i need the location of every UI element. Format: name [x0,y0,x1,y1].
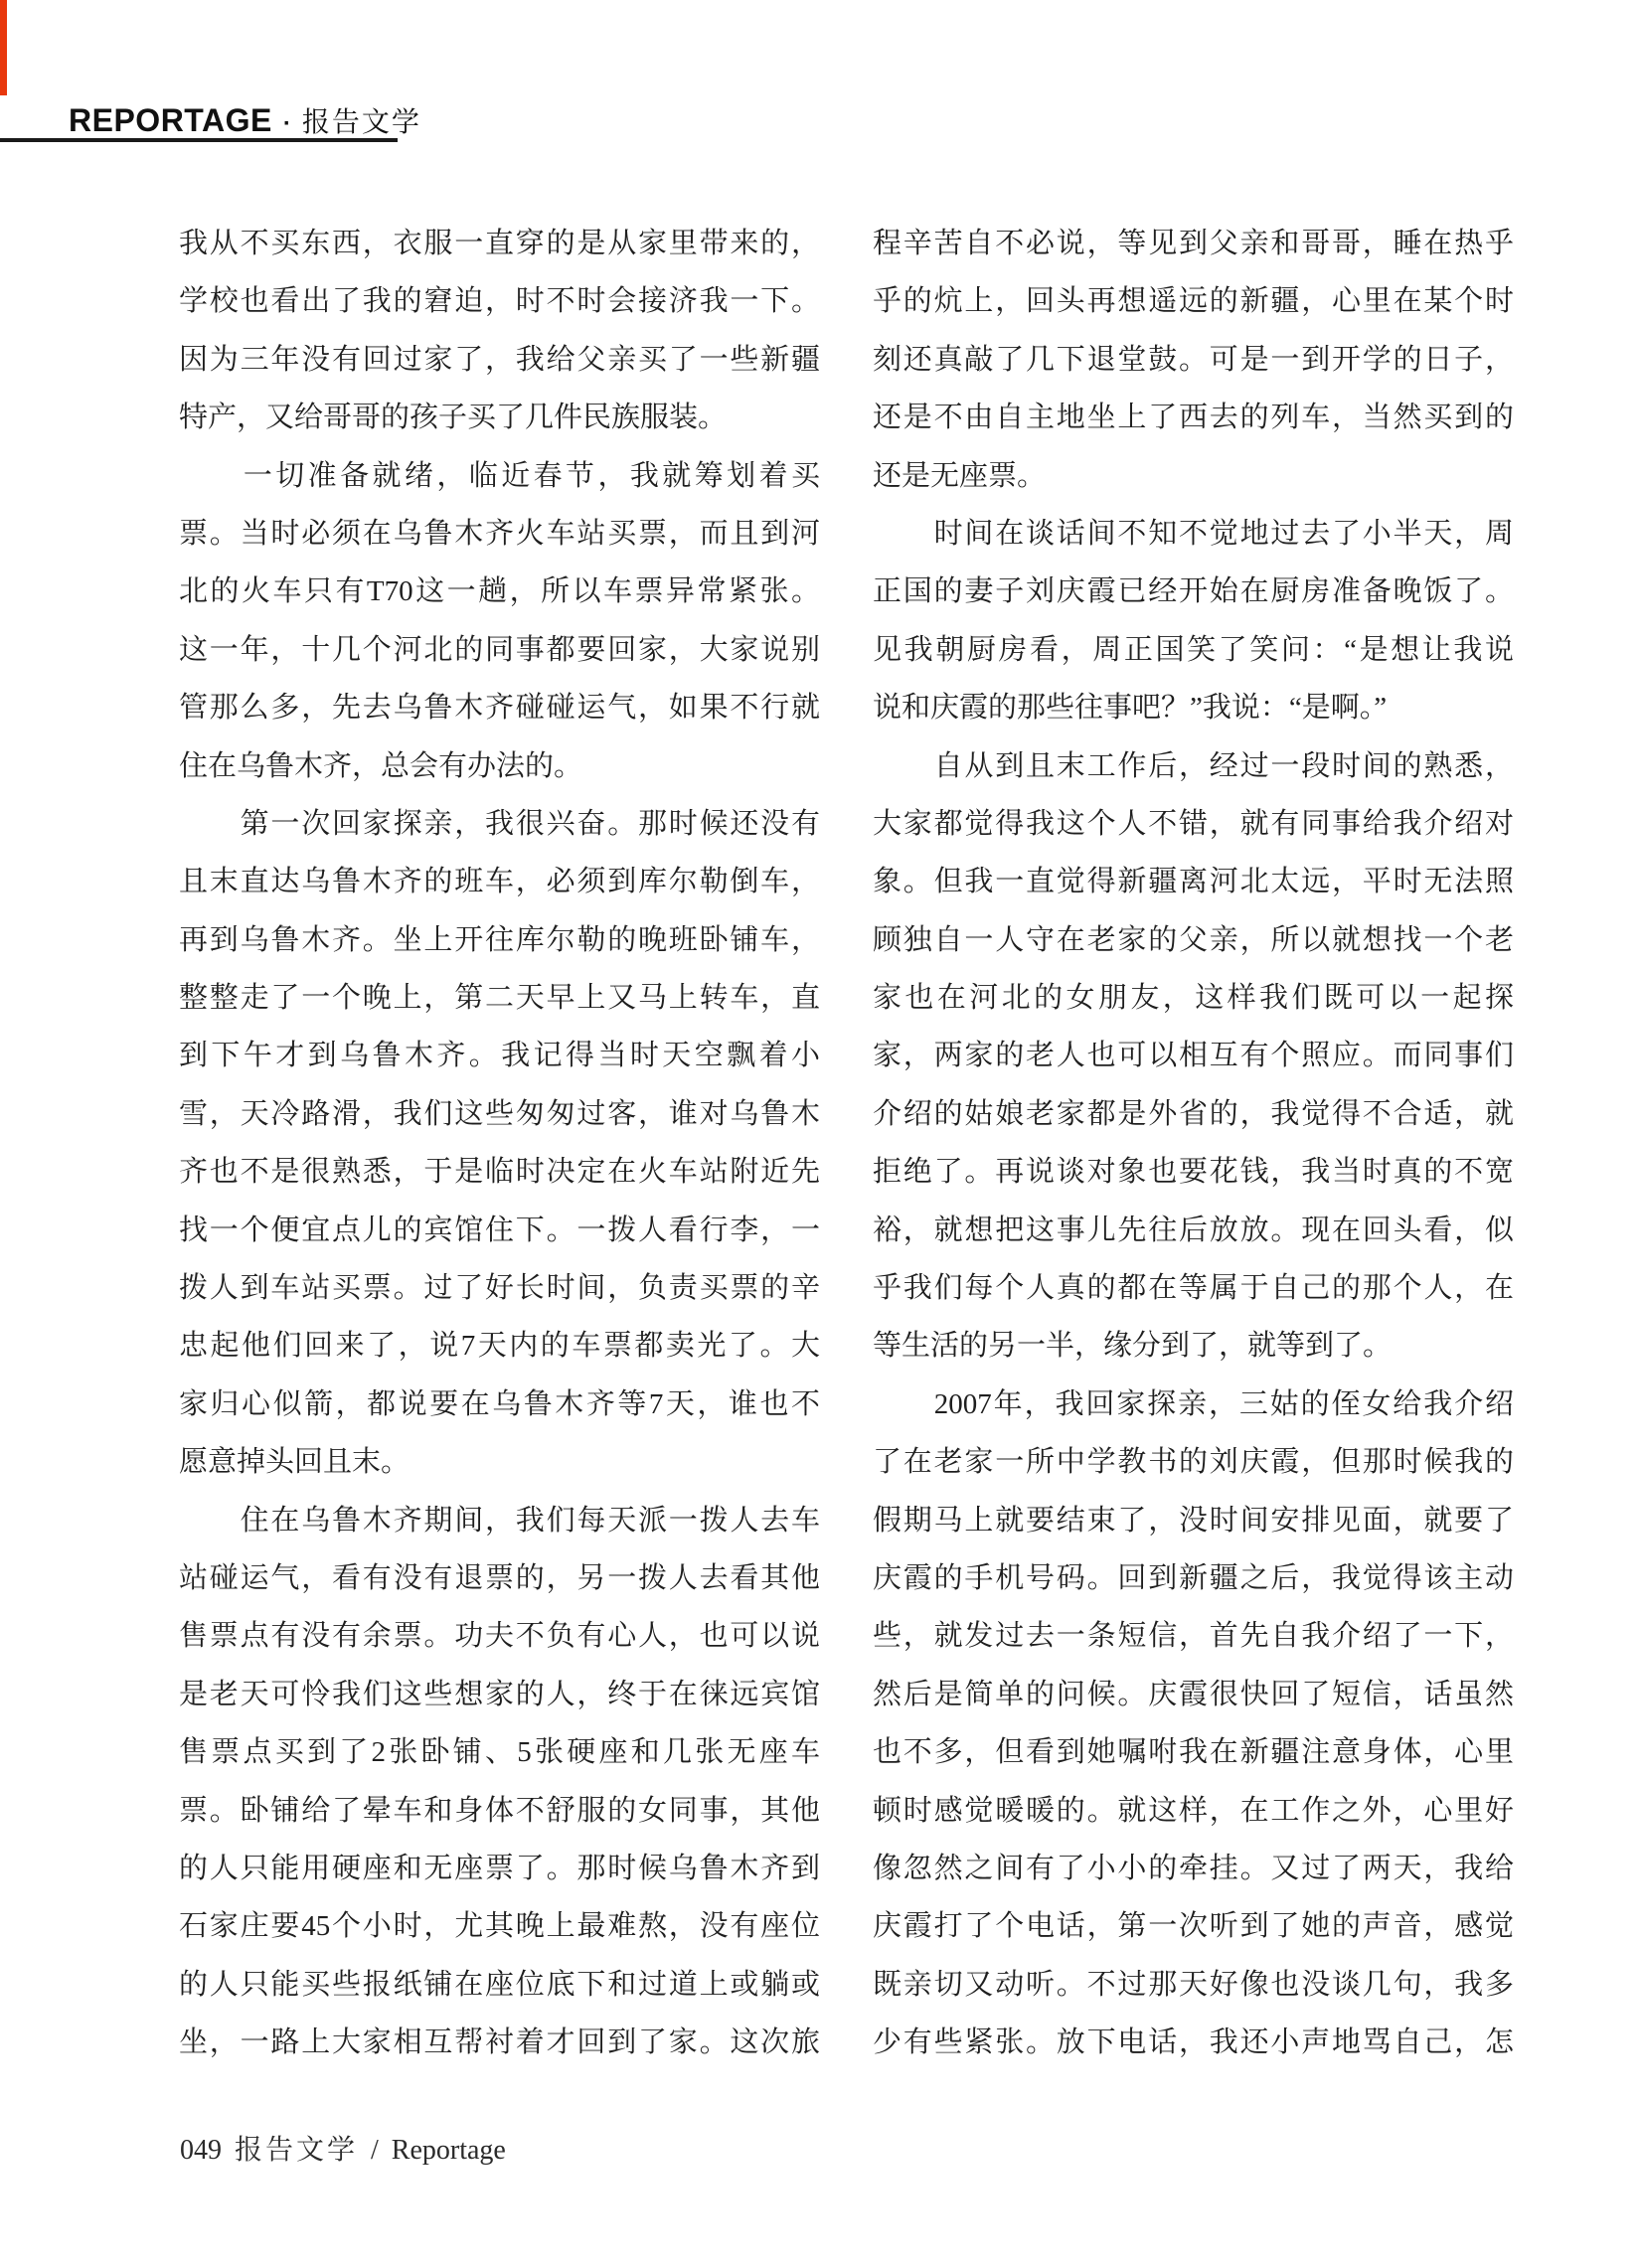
text-line: 拨人到车站买票。过了好长时间，负责买票的辛 [179,1259,820,1317]
text-line: 齐也不是很熟悉，于是临时决定在火车站附近先 [179,1143,820,1201]
page-footer: 049 报告文学 / Reportage [180,2128,506,2168]
text-line: 家也在河北的女朋友，这样我们既可以一起探 [873,969,1514,1027]
section-header: REPORTAGE · 报告文学 [69,100,421,140]
text-line: 售票点有没有余票。功夫不负有心人，也可以说 [179,1607,820,1665]
text-line: 像忽然之间有了小小的牵挂。又过了两天，我给 [873,1840,1514,1897]
text-line: 等生活的另一半，缘分到了，就等到了。 [873,1317,1514,1375]
text-line: 也不多，但看到她嘱咐我在新疆注意身体，心里 [873,1723,1514,1781]
text-line: 管那么多，先去乌鲁木齐碰碰运气，如果不行就 [179,679,820,736]
text-line: 住在乌鲁木齐，总会有办法的。 [179,737,820,795]
text-line: 是老天可怜我们这些想家的人，终于在徕远宾馆 [179,1666,820,1723]
text-line: 正国的妻子刘庆霞已经开始在厨房准备晚饭了。 [873,563,1514,620]
text-line: 少有些紧张。放下电话，我还小声地骂自己，怎 [873,2014,1514,2071]
text-line: 介绍的姑娘老家都是外省的，我觉得不合适，就 [873,1085,1514,1143]
text-line: 些，就发过去一条短信，首先自我介绍了一下， [873,1607,1514,1665]
text-line: 大家都觉得我这个人不错，就有同事给我介绍对 [873,795,1514,853]
text-line: 愿意掉头回且末。 [179,1433,820,1491]
text-line: 找一个便宜点儿的宾馆住下。一拨人看行李，一 [179,1202,820,1259]
header-rule [0,138,398,142]
text-line: 时间在谈话间不知不觉地过去了小半天，周 [873,505,1514,563]
text-line: 还是不由自主地坐上了西去的列车，当然买到的 [873,389,1514,446]
text-line: 特产，又给哥哥的孩子买了几件民族服装。 [179,389,820,446]
text-line: 我从不买东西，衣服一直穿的是从家里带来的， [179,215,820,272]
text-line: 站碰运气，看有没有退票的，另一拨人去看其他 [179,1549,820,1607]
text-line: 象。但我一直觉得新疆离河北太远，平时无法照 [873,853,1514,910]
text-line: 乎我们每个人真的都在等属于自己的那个人，在 [873,1259,1514,1317]
text-line: 家，两家的老人也可以相互有个照应。而同事们 [873,1027,1514,1084]
text-line: 裕，就想把这事儿先往后放放。现在回头看，似 [873,1202,1514,1259]
text-line: 刻还真敲了几下退堂鼓。可是一到开学的日子， [873,331,1514,389]
text-line: 住在乌鲁木齐期间，我们每天派一拨人去车 [179,1492,820,1549]
text-line: 拒绝了。再说谈对象也要花钱，我当时真的不宽 [873,1143,1514,1201]
text-line: 乎的炕上，回头再想遥远的新疆，心里在某个时 [873,272,1514,330]
title-separator-dot: · [283,110,291,138]
text-line: 顿时感觉暖暖的。就这样，在工作之外，心里好 [873,1782,1514,1840]
text-line: 程辛苦自不必说，等见到父亲和哥哥，睡在热乎 [873,215,1514,272]
left-text-column: 我从不买东西，衣服一直穿的是从家里带来的，学校也看出了我的窘迫，时不时会接济我一… [179,215,820,2072]
page-number: 049 [180,2135,222,2167]
text-line: 这一年，十几个河北的同事都要回家，大家说别 [179,621,820,679]
text-line: 雪，天冷路滑，我们这些匆匆过客，谁对乌鲁木 [179,1085,820,1143]
text-line: 且末直达乌鲁木齐的班车，必须到库尔勒倒车， [179,853,820,910]
text-line: 家归心似箭，都说要在乌鲁木齐等7天，谁也不 [179,1376,820,1433]
text-line: 售票点买到了2张卧铺、5张硬座和几张无座车 [179,1723,820,1781]
page-edge-accent-bar [0,0,7,95]
text-line: 说和庆霞的那些往事吧？”我说：“是啊。” [873,679,1514,736]
text-line: 的人只能用硬座和无座票了。那时候乌鲁木齐到 [179,1840,820,1897]
text-line: 到下午才到乌鲁木齐。我记得当时天空飘着小 [179,1027,820,1084]
text-line: 庆霞打了个电话，第一次听到了她的声音，感觉 [873,1897,1514,1955]
text-line: 再到乌鲁木齐。坐上开往库尔勒的晚班卧铺车， [179,911,820,969]
footer-section-zh: 报告文学 [235,2128,358,2168]
text-line: 因为三年没有回过家了，我给父亲买了一些新疆 [179,331,820,389]
text-line: 庆霞的手机号码。回到新疆之后，我觉得该主动 [873,1549,1514,1607]
text-line: 既亲切又动听。不过那天好像也没谈几句，我多 [873,1956,1514,2014]
text-line: 坐，一路上大家相互帮衬着才回到了家。这次旅 [179,2014,820,2071]
magazine-page: REPORTAGE · 报告文学 我从不买东西，衣服一直穿的是从家里带来的，学校… [0,0,1641,2268]
text-line: 第一次回家探亲，我很兴奋。那时候还没有 [179,795,820,853]
text-line: 顾独自一人守在老家的父亲，所以就想找一个老 [873,911,1514,969]
text-line: 假期马上就要结束了，没时间安排见面，就要了 [873,1492,1514,1549]
text-line: 北的火车只有T70这一趟，所以车票异常紧张。 [179,563,820,620]
text-line: 2007年，我回家探亲，三姑的侄女给我介绍 [873,1376,1514,1433]
right-text-column: 程辛苦自不必说，等见到父亲和哥哥，睡在热乎乎的炕上，回头再想遥远的新疆，心里在某… [873,215,1514,2072]
text-line: 忠起他们回来了，说7天内的车票都卖光了。大 [179,1317,820,1375]
text-line: 的人只能买些报纸铺在座位底下和过道上或躺或 [179,1956,820,2014]
text-line: 整整走了一个晚上，第二天早上又马上转车，直 [179,969,820,1027]
footer-section-en: Reportage [392,2135,506,2167]
text-line: 票。卧铺给了晕车和身体不舒服的女同事，其他 [179,1782,820,1840]
text-line: 自从到且末工作后，经过一段时间的熟悉， [873,737,1514,795]
text-line: 然后是简单的问候。庆霞很快回了短信，话虽然 [873,1666,1514,1723]
text-line: 石家庄要45个小时，尤其晚上最难熬，没有座位 [179,1897,820,1955]
text-line: 见我朝厨房看，周正国笑了笑问：“是想让我说 [873,621,1514,679]
text-line: 一切准备就绪，临近春节，我就筹划着买 [179,447,820,505]
section-title-en: REPORTAGE [69,102,272,139]
text-line: 还是无座票。 [873,447,1514,505]
text-line: 了在老家一所中学教书的刘庆霞，但那时候我的 [873,1433,1514,1491]
text-line: 票。当时必须在乌鲁木齐火车站买票，而且到河 [179,505,820,563]
footer-separator: / [371,2135,379,2167]
text-line: 学校也看出了我的窘迫，时不时会接济我一下。 [179,272,820,330]
section-title-zh: 报告文学 [302,100,421,140]
